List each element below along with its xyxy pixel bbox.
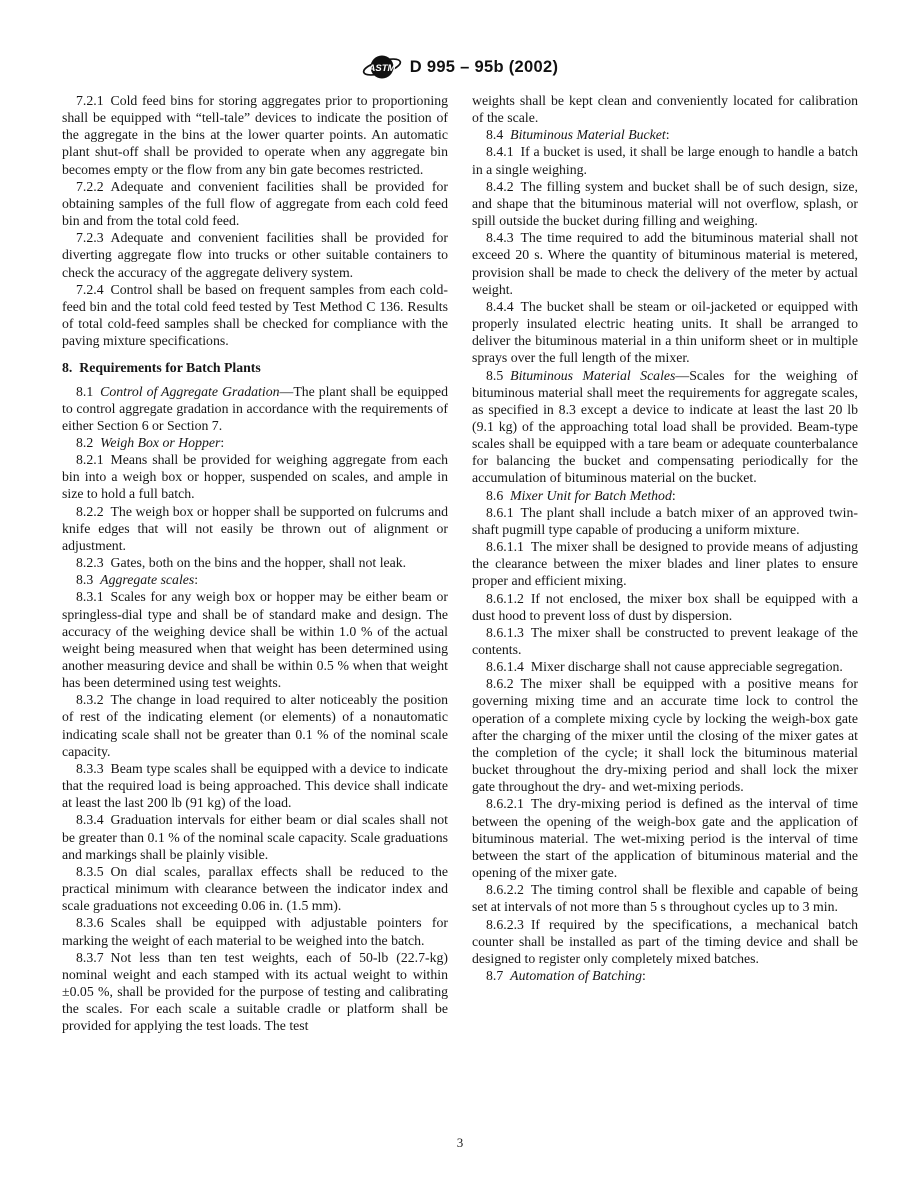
right-column: weights shall be kept clean and convenie… — [472, 92, 858, 1034]
svg-text:ASTM: ASTM — [367, 63, 396, 74]
text-run: 7.2.1 Cold feed bins for storing aggrega… — [62, 93, 448, 177]
italic-term: Aggregate scales — [100, 572, 194, 587]
text-run: 8.6.2 The mixer shall be equipped with a… — [472, 676, 858, 794]
paragraph: 8.4 Bituminous Material Bucket: — [472, 126, 858, 143]
italic-term: Control of Aggregate Gradation — [100, 384, 279, 399]
text-run: 8. Requirements for Batch Plants — [62, 360, 261, 375]
document-body: 7.2.1 Cold feed bins for storing aggrega… — [62, 92, 858, 1034]
left-column: 7.2.1 Cold feed bins for storing aggrega… — [62, 92, 448, 1034]
text-run: 8.6.2.1 The dry-mixing period is defined… — [472, 796, 858, 880]
paragraph: 8.6 Mixer Unit for Batch Method: — [472, 487, 858, 504]
paragraph: 8.6.1.3 The mixer shall be constructed t… — [472, 624, 858, 658]
text-run: 8.3 — [76, 572, 100, 587]
text-run: 8.6.2.2 The timing control shall be flex… — [472, 882, 858, 914]
paragraph: 8.6.1.2 If not enclosed, the mixer box s… — [472, 590, 858, 624]
paragraph: 8.2 Weigh Box or Hopper: — [62, 434, 448, 451]
text-run: 8.4.2 The filling system and bucket shal… — [472, 179, 858, 228]
paragraph: 8.6.2.1 The dry-mixing period is defined… — [472, 795, 858, 881]
paragraph: 8.3.5 On dial scales, parallax effects s… — [62, 863, 448, 914]
text-run: 8.2 — [76, 435, 100, 450]
paragraph: 8.2.1 Means shall be provided for weighi… — [62, 451, 448, 502]
text-run: 8.3.5 On dial scales, parallax effects s… — [62, 864, 448, 913]
paragraph: 8.2.2 The weigh box or hopper shall be s… — [62, 503, 448, 554]
doc-designation: D 995 – 95b (2002) — [410, 58, 559, 77]
text-run: 8.4.3 The time required to add the bitum… — [472, 230, 858, 296]
paragraph: 8.2.3 Gates, both on the bins and the ho… — [62, 554, 448, 571]
text-run: 8.3.6 Scales shall be equipped with adju… — [62, 915, 448, 947]
text-run: 8.3.3 Beam type scales shall be equipped… — [62, 761, 448, 810]
text-run: 7.2.4 Control shall be based on frequent… — [62, 282, 448, 348]
paragraph: 7.2.4 Control shall be based on frequent… — [62, 281, 448, 350]
text-run: weights shall be kept clean and convenie… — [472, 93, 858, 125]
italic-term: Automation of Batching — [510, 968, 642, 983]
text-run: 8.4.4 The bucket shall be steam or oil-j… — [472, 299, 858, 365]
text-run: 8.3.7 Not less than ten test weights, ea… — [62, 950, 448, 1034]
section-heading: 8. Requirements for Batch Plants — [62, 359, 448, 376]
text-run: —Scales for the weighing of bituminous m… — [472, 368, 858, 486]
text-run: 8.3.1 Scales for any weigh box or hopper… — [62, 589, 448, 690]
paragraph: 8.4.2 The filling system and bucket shal… — [472, 178, 858, 229]
paragraph: 8.6.2.2 The timing control shall be flex… — [472, 881, 858, 915]
paragraph: 8.4.3 The time required to add the bitum… — [472, 229, 858, 298]
paragraph: 8.3.2 The change in load required to alt… — [62, 691, 448, 760]
text-run: : — [642, 968, 646, 983]
paragraph: 7.2.1 Cold feed bins for storing aggrega… — [62, 92, 448, 178]
paragraph: 8.5 Bituminous Material Scales—Scales fo… — [472, 367, 858, 487]
paragraph: 8.6.1.1 The mixer shall be designed to p… — [472, 538, 858, 589]
italic-term: Bituminous Material Scales — [510, 368, 675, 383]
text-run: 8.6.1.2 If not enclosed, the mixer box s… — [472, 591, 858, 623]
text-run: 8.6.1.3 The mixer shall be constructed t… — [472, 625, 858, 657]
text-run: : — [220, 435, 224, 450]
paragraph: 8.3.6 Scales shall be equipped with adju… — [62, 914, 448, 948]
paragraph: 8.3.1 Scales for any weigh box or hopper… — [62, 588, 448, 691]
paragraph: 8.3.3 Beam type scales shall be equipped… — [62, 760, 448, 811]
paragraph: 8.3.7 Not less than ten test weights, ea… — [62, 949, 448, 1035]
text-run: 8.4.1 If a bucket is used, it shall be l… — [472, 144, 858, 176]
text-run: 7.2.2 Adequate and convenient facilities… — [62, 179, 448, 228]
paragraph: 8.6.2 The mixer shall be equipped with a… — [472, 675, 858, 795]
paragraph: 8.4.4 The bucket shall be steam or oil-j… — [472, 298, 858, 367]
text-run: 8.2.3 Gates, both on the bins and the ho… — [76, 555, 406, 570]
text-run: 8.7 — [486, 968, 510, 983]
italic-term: Bituminous Material Bucket — [510, 127, 666, 142]
document-page: ASTM D 995 – 95b (2002) 7.2.1 Cold feed … — [0, 0, 920, 1191]
text-run: : — [194, 572, 198, 587]
text-run: 8.3.4 Graduation intervals for either be… — [62, 812, 448, 861]
text-run: 8.5 — [486, 368, 510, 383]
text-run: 8.2.1 Means shall be provided for weighi… — [62, 452, 448, 501]
text-run: 8.2.2 The weigh box or hopper shall be s… — [62, 504, 448, 553]
paragraph: 8.6.1.4 Mixer discharge shall not cause … — [472, 658, 858, 675]
text-run: 8.3.2 The change in load required to alt… — [62, 692, 448, 758]
paragraph: 7.2.2 Adequate and convenient facilities… — [62, 178, 448, 229]
paragraph: weights shall be kept clean and convenie… — [472, 92, 858, 126]
page-number: 3 — [457, 1135, 464, 1150]
page-footer: 3 — [0, 1135, 920, 1151]
italic-term: Mixer Unit for Batch Method — [510, 488, 672, 503]
paragraph: 8.4.1 If a bucket is used, it shall be l… — [472, 143, 858, 177]
paragraph: 8.6.1 The plant shall include a batch mi… — [472, 504, 858, 538]
paragraph: 8.6.2.3 If required by the specification… — [472, 916, 858, 967]
text-run: : — [672, 488, 676, 503]
paragraph: 8.3.4 Graduation intervals for either be… — [62, 811, 448, 862]
text-run: 8.6.2.3 If required by the specification… — [472, 917, 858, 966]
text-run: 8.1 — [76, 384, 100, 399]
text-run: : — [666, 127, 670, 142]
text-run: 8.6.1.1 The mixer shall be designed to p… — [472, 539, 858, 588]
page-header: ASTM D 995 – 95b (2002) — [0, 52, 920, 82]
paragraph: 7.2.3 Adequate and convenient facilities… — [62, 229, 448, 280]
text-run: 7.2.3 Adequate and convenient facilities… — [62, 230, 448, 279]
text-run: 8.6.1.4 Mixer discharge shall not cause … — [486, 659, 843, 674]
paragraph: 8.3 Aggregate scales: — [62, 571, 448, 588]
paragraph: 8.7 Automation of Batching: — [472, 967, 858, 984]
italic-term: Weigh Box or Hopper — [100, 435, 220, 450]
paragraph: 8.1 Control of Aggregate Gradation—The p… — [62, 383, 448, 434]
text-run: 8.6.1 The plant shall include a batch mi… — [472, 505, 858, 537]
astm-logo-icon: ASTM — [362, 52, 402, 82]
text-run: 8.6 — [486, 488, 510, 503]
text-run: 8.4 — [486, 127, 510, 142]
